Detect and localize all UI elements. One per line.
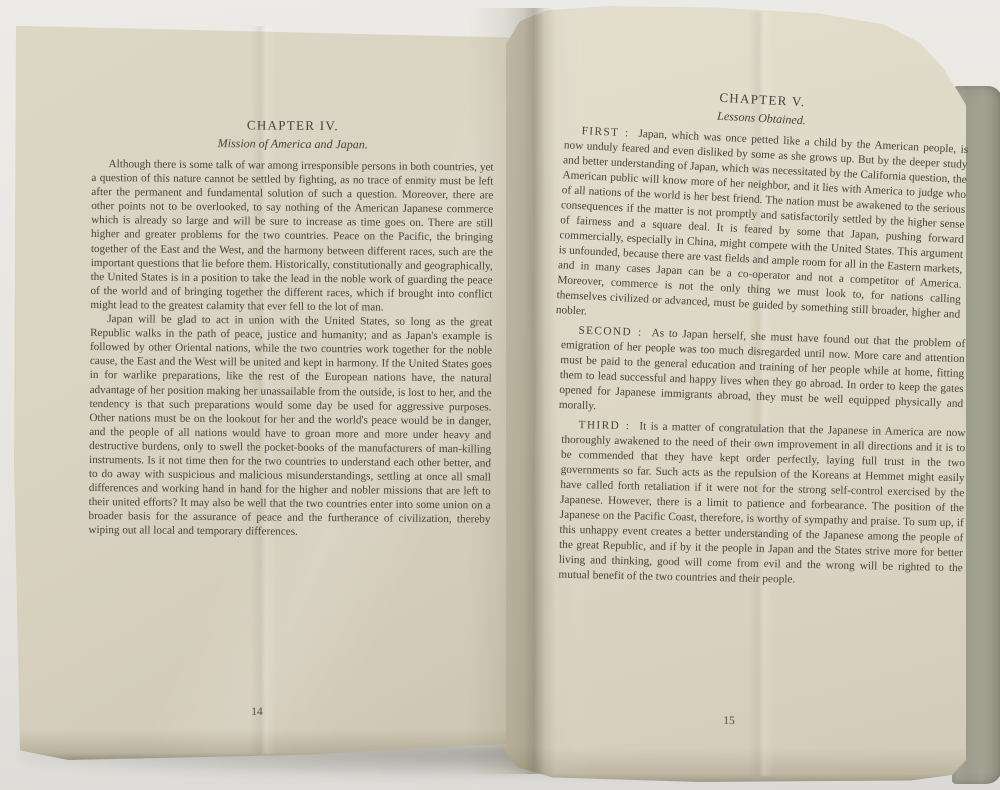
- left-page-content: CHAPTER IV. Mission of America and Japan…: [88, 116, 494, 541]
- paragraph-lead-first: FIRST :: [581, 125, 638, 140]
- left-chapter-subtitle: Mission of America and Japan.: [92, 135, 494, 154]
- paragraph-lead-third: THIRD :: [578, 419, 639, 432]
- left-paragraph-1: Although there is some talk of war among…: [90, 157, 493, 316]
- right-paragraph-third: THIRD :It is a matter of congratulation …: [558, 418, 965, 591]
- photo-backdrop: CHAPTER IV. Mission of America and Japan…: [0, 0, 1000, 790]
- right-paragraph-second: SECOND :As to Japan herself, she must ha…: [559, 323, 966, 427]
- paragraph-text-second: As to Japan herself, she must have found…: [559, 327, 966, 412]
- paragraph-text-third: It is a matter of congratulation that th…: [558, 420, 965, 585]
- left-chapter-heading: CHAPTER IV.: [92, 116, 494, 136]
- right-paragraph-first: FIRST :Japan, which was once petted like…: [555, 123, 968, 338]
- paragraph-text-first: Japan, which was once petted like a chil…: [556, 128, 969, 321]
- left-page-number: 14: [240, 706, 274, 718]
- right-page-content: CHAPTER V. Lessons Obtained. FIRST :Japa…: [560, 92, 964, 587]
- left-paragraph-2: Japan will be glad to act in union with …: [88, 312, 492, 541]
- right-page-number: 15: [712, 715, 746, 728]
- paragraph-lead-second: SECOND :: [578, 325, 652, 340]
